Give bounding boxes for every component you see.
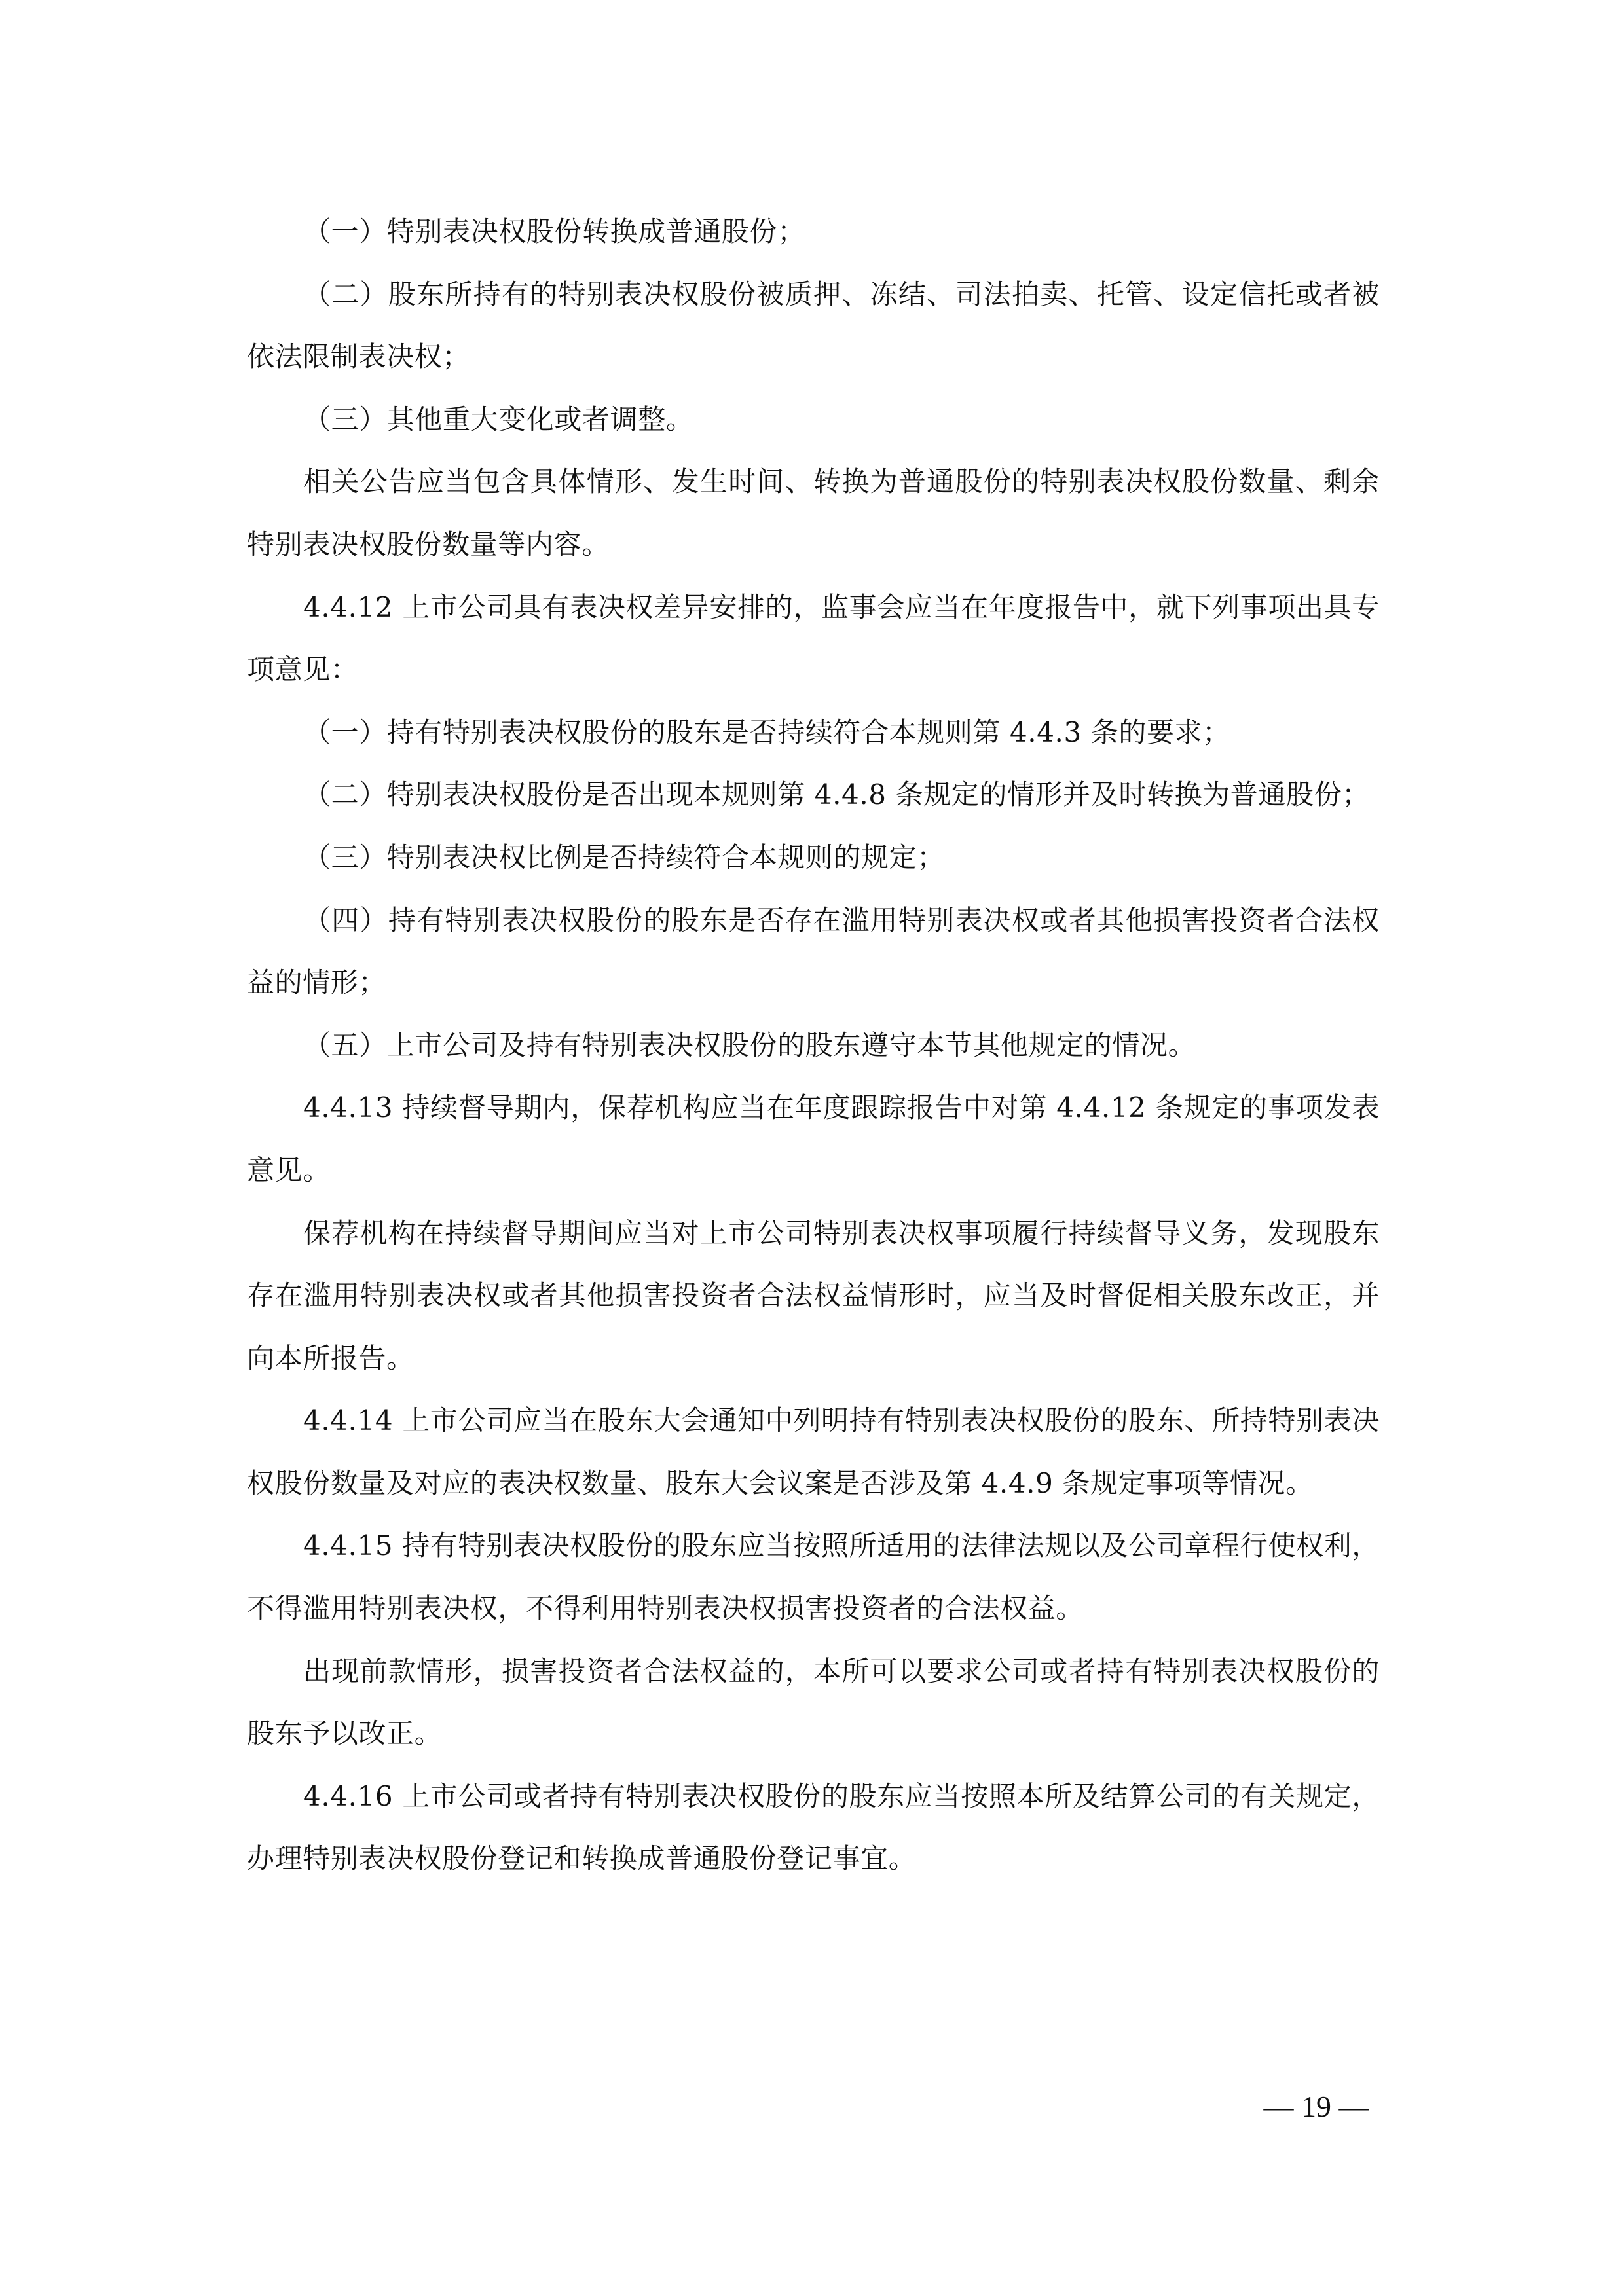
- list-item-pledge-freeze-restriction: （二）股东所持有的特别表决权股份被质押、冻结、司法拍卖、托管、设定信托或者被依法…: [247, 263, 1380, 388]
- list-item-shareholder-compliance-4-4-3: （一）持有特别表决权股份的股东是否持续符合本规则第 4.4.3 条的要求；: [247, 701, 1380, 764]
- list-item-other-major-changes: （三）其他重大变化或者调整。: [247, 388, 1380, 451]
- list-item-abuse-of-voting-rights: （四）持有特别表决权股份的股东是否存在滥用特别表决权或者其他损害投资者合法权益的…: [247, 889, 1380, 1014]
- list-item-conversion-per-4-4-8: （二）特别表决权股份是否出现本规则第 4.4.8 条规定的情形并及时转换为普通股…: [247, 763, 1380, 826]
- list-item-conversion-to-ordinary-shares: （一）特别表决权股份转换成普通股份；: [247, 200, 1380, 263]
- list-item-voting-ratio-compliance: （三）特别表决权比例是否持续符合本规则的规定；: [247, 826, 1380, 889]
- document-page-body: （一）特别表决权股份转换成普通股份； （二）股东所持有的特别表决权股份被质押、冻…: [247, 200, 1380, 1890]
- list-item-compliance-with-section: （五）上市公司及持有特别表决权股份的股东遵守本节其他规定的情况。: [247, 1014, 1380, 1077]
- page-number: — 19 —: [1238, 2087, 1395, 2126]
- article-4-4-13: 4.4.13 持续督导期内，保荐机构应当在年度跟踪报告中对第 4.4.12 条规…: [247, 1076, 1380, 1201]
- article-4-4-12: 4.4.12 上市公司具有表决权差异安排的，监事会应当在年度报告中，就下列事项出…: [247, 576, 1380, 701]
- article-4-4-16: 4.4.16 上市公司或者持有特别表决权股份的股东应当按照本所及结算公司的有关规…: [247, 1765, 1380, 1890]
- article-4-4-14: 4.4.14 上市公司应当在股东大会通知中列明持有特别表决权股份的股东、所持特别…: [247, 1389, 1380, 1514]
- paragraph-sponsor-supervision-duty: 保荐机构在持续督导期间应当对上市公司特别表决权事项履行持续督导义务，发现股东存在…: [247, 1202, 1380, 1390]
- article-4-4-15: 4.4.15 持有特别表决权股份的股东应当按照所适用的法律法规以及公司章程行使权…: [247, 1514, 1380, 1639]
- paragraph-correction-requirement: 出现前款情形，损害投资者合法权益的，本所可以要求公司或者持有特别表决权股份的股东…: [247, 1640, 1380, 1765]
- paragraph-announcement-contents: 相关公告应当包含具体情形、发生时间、转换为普通股份的特别表决权股份数量、剩余特别…: [247, 450, 1380, 575]
